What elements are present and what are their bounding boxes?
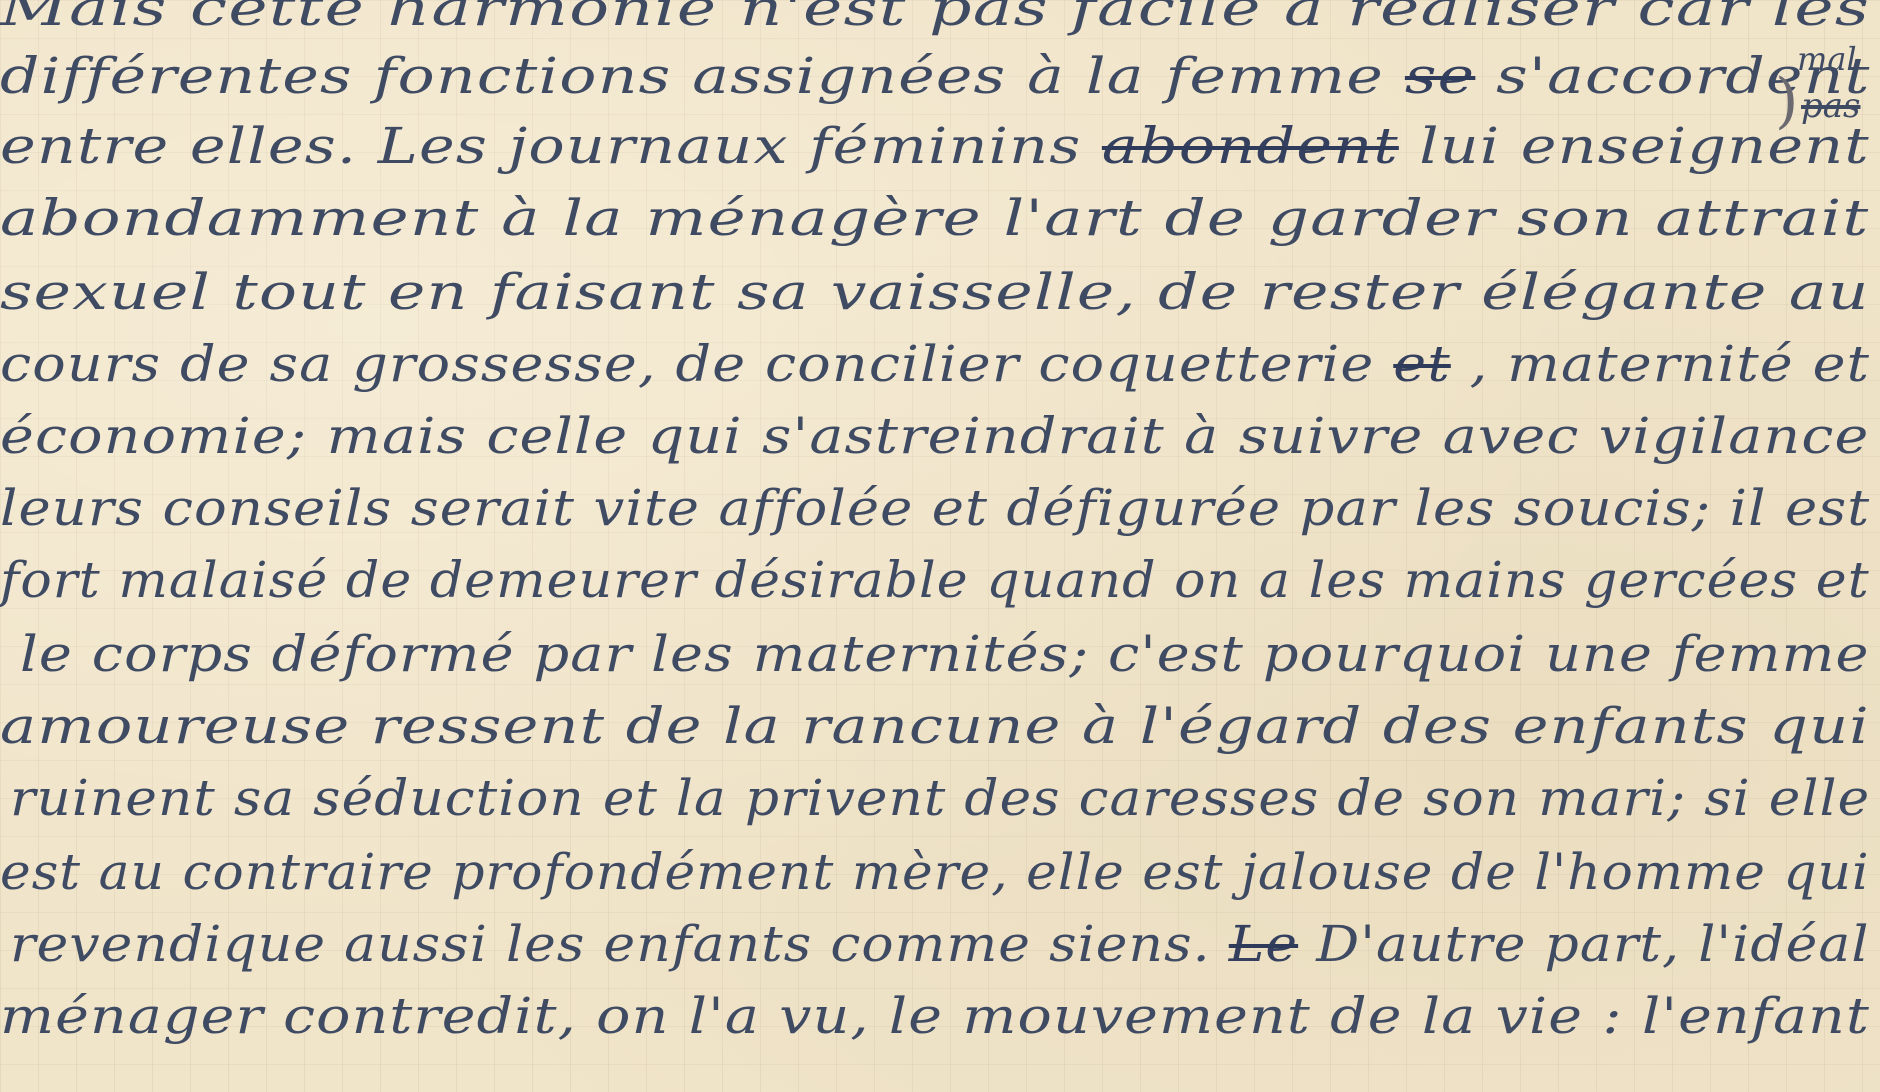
line-text: Mais cette harmonie n'est pas facile à r… xyxy=(0,0,1870,37)
line-text: cours de sa grossesse, de concilier coqu… xyxy=(0,335,1374,393)
line-text: différentes fonctions assignées à la fem… xyxy=(0,47,1384,105)
manuscript-line-8: leurs conseils serait vite affolée et dé… xyxy=(0,478,1870,538)
manuscript-line-5: sexuel tout en faisant sa vaisselle, de … xyxy=(0,262,1870,322)
line-text: est au contraire profondément mère, elle… xyxy=(0,843,1870,901)
line-text: ménager contredit, on l'a vu, le mouveme… xyxy=(0,987,1870,1045)
inserted-word: mal xyxy=(1797,40,1857,78)
manuscript-line-1: Mais cette harmonie n'est pas facile à r… xyxy=(0,0,1870,38)
line-text: économie; mais celle qui s'astreindrait … xyxy=(0,407,1870,465)
manuscript-line-14: revendique aussi les enfants comme siens… xyxy=(10,914,1870,974)
line-text: ruinent sa séduction et la privent des c… xyxy=(10,769,1870,827)
manuscript-page: Mais cette harmonie n'est pas facile à r… xyxy=(0,0,1880,1092)
struck-word: abondent xyxy=(1102,117,1399,175)
line-text-continued: D'autre part, l'idéal xyxy=(1316,915,1869,973)
struck-word: Le xyxy=(1229,915,1298,973)
line-text: abondamment à la ménagère l'art de garde… xyxy=(0,189,1870,247)
line-text-continued: lui enseignent xyxy=(1419,117,1870,175)
struck-word: et xyxy=(1393,335,1450,393)
line-text-continued: , maternité et xyxy=(1470,335,1871,393)
line-text: fort malaisé de demeurer désirable quand… xyxy=(0,551,1870,609)
line-text: amoureuse ressent de la rancune à l'égar… xyxy=(0,697,1870,755)
line-text: sexuel tout en faisant sa vaisselle, de … xyxy=(0,263,1870,321)
line-text: leurs conseils serait vite affolée et dé… xyxy=(0,479,1870,537)
manuscript-line-7: économie; mais celle qui s'astreindrait … xyxy=(0,406,1870,466)
manuscript-line-13: est au contraire profondément mère, elle… xyxy=(0,842,1870,902)
manuscript-line-10: le corps déformé par les maternités; c'e… xyxy=(20,624,1870,684)
line-text: revendique aussi les enfants comme siens… xyxy=(10,915,1211,973)
struck-word: se xyxy=(1405,47,1475,105)
manuscript-line-2: différentes fonctions assignées à la fem… xyxy=(0,46,1871,106)
manuscript-line-4: abondamment à la ménagère l'art de garde… xyxy=(0,188,1870,248)
manuscript-line-12: ruinent sa séduction et la privent des c… xyxy=(10,768,1870,828)
manuscript-line-3: entre elles. Les journaux féminins abond… xyxy=(0,116,1870,176)
manuscript-line-6: cours de sa grossesse, de concilier coqu… xyxy=(0,334,1870,394)
manuscript-line-9: fort malaisé de demeurer désirable quand… xyxy=(0,550,1870,610)
manuscript-line-15: ménager contredit, on l'a vu, le mouveme… xyxy=(0,986,1870,1046)
manuscript-line-11: amoureuse ressent de la rancune à l'égar… xyxy=(0,696,1870,756)
line-text: le corps déformé par les maternités; c'e… xyxy=(20,625,1870,683)
line-text: entre elles. Les journaux féminins xyxy=(0,117,1081,175)
